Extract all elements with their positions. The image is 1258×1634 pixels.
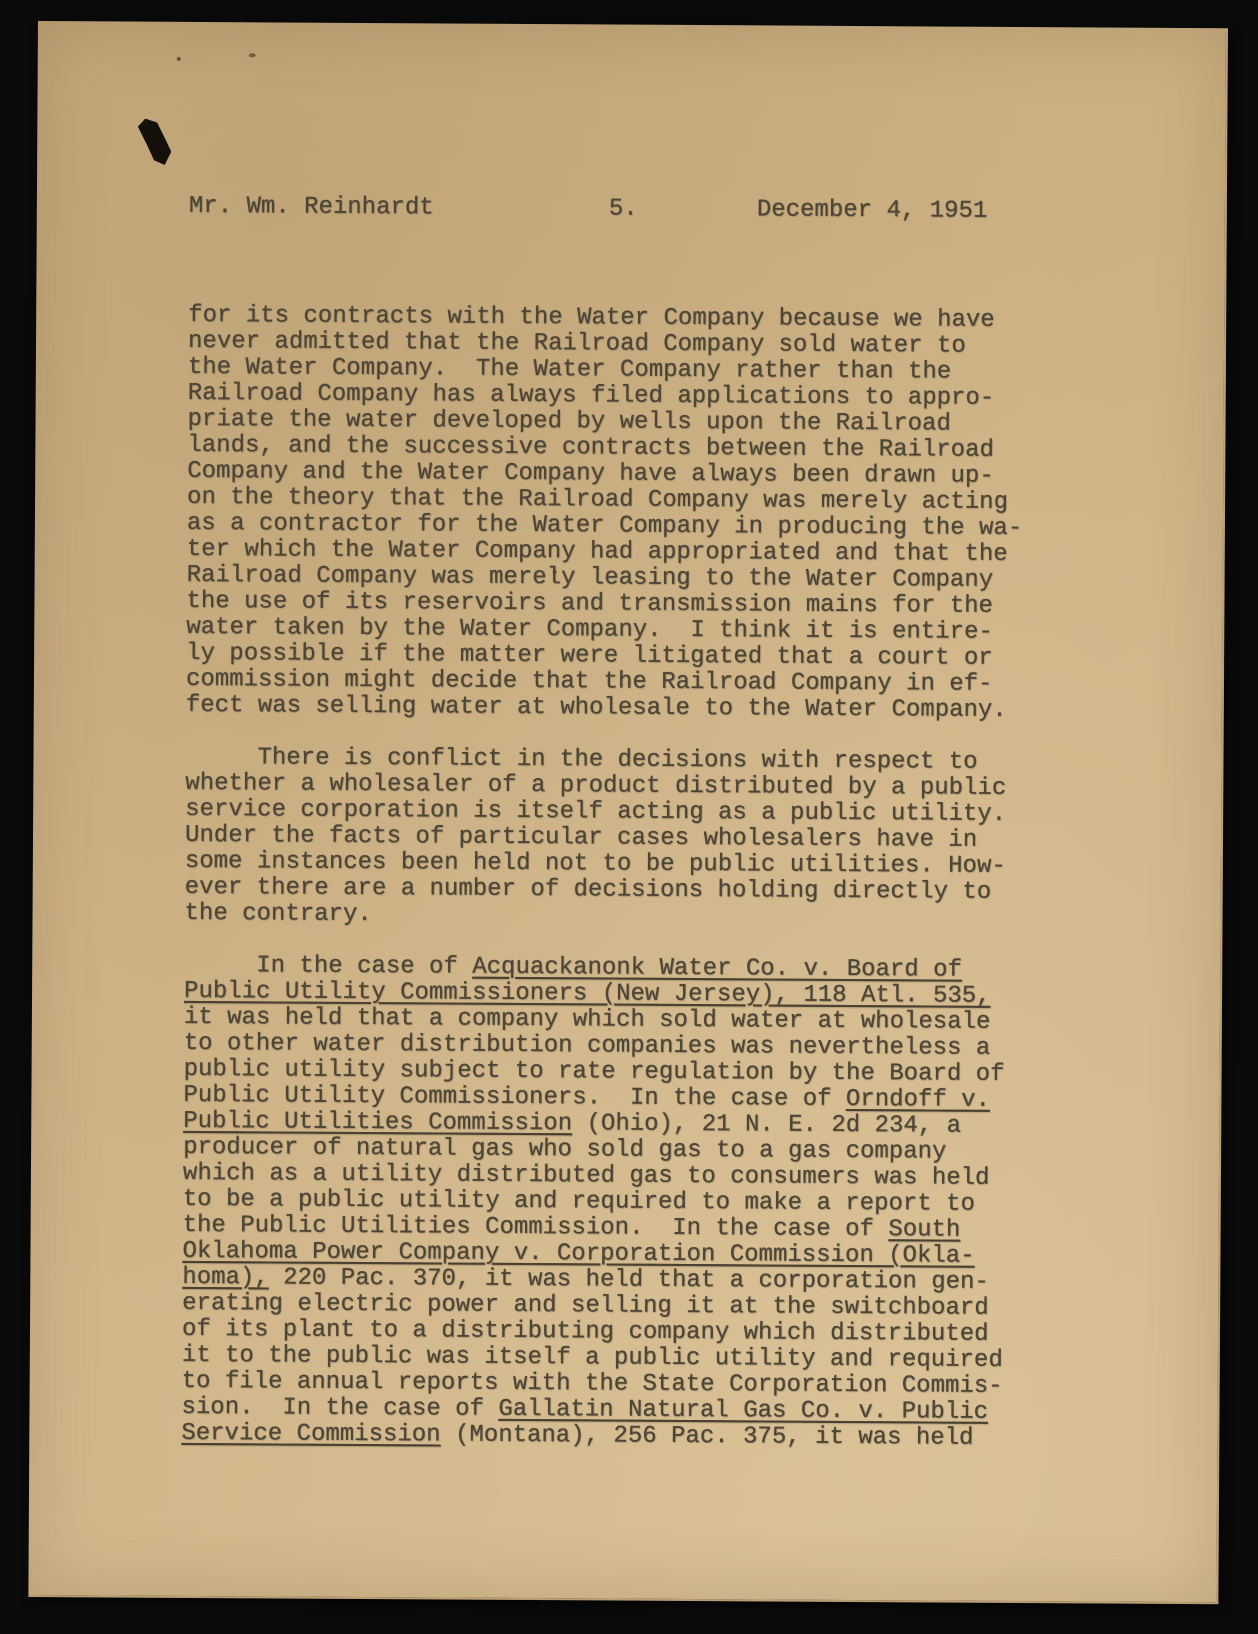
body-text: (Ohio), 21 N. E. 2d 234, a [572,1110,961,1139]
page-header: Mr. Wm. Reinhardt 5. December 4, 1951 [189,194,1089,229]
body-text: the contrary. [184,900,371,928]
paragraph: In the case of Acquackanonk Water Co. v.… [181,953,1084,1452]
underlined-citation-text: Orndoff v. [846,1086,990,1114]
paper-speck [177,57,181,61]
paper-speck [249,53,256,57]
scanned-document-frame: Mr. Wm. Reinhardt 5. December 4, 1951 fo… [0,0,1258,1634]
paragraph: for its contracts with the Water Company… [186,303,1089,724]
body-text: sion. In the case of [181,1394,498,1423]
typewritten-line: fect was selling water at wholesale to t… [186,693,1086,724]
hole-punch-tear [134,118,175,166]
typewritten-line: Service Commission (Montana), 256 Pac. 3… [181,1421,1081,1452]
body-text: (Montana), 256 Pac. 375, it was held [441,1421,974,1451]
underlined-citation-text: Public Utilities Commission [183,1108,572,1137]
paragraph: There is conflict in the decisions with … [184,745,1085,932]
underlined-citation-text: homa), [182,1264,269,1292]
underlined-citation-text: Service Commission [181,1420,440,1449]
header-page-number: 5. [609,196,638,222]
underlined-citation-text: South [888,1216,960,1243]
body-text: In the case of [184,952,472,981]
typewritten-line: the contrary. [184,901,1084,932]
body-text: fect was selling water at wholesale to t… [186,692,1007,724]
header-date: December 4, 1951 [757,197,988,224]
header-recipient: Mr. Wm. Reinhardt [189,194,434,221]
document-body: for its contracts with the Water Company… [181,303,1088,1478]
letter-page: Mr. Wm. Reinhardt 5. December 4, 1951 fo… [28,21,1228,1604]
